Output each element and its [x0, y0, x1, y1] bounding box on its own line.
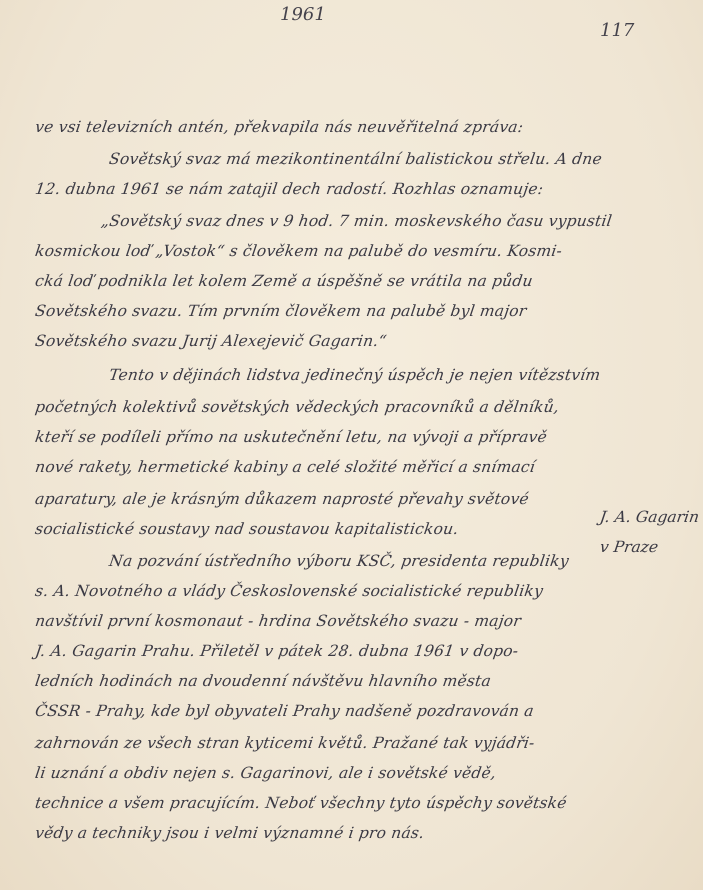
margin-note-subtitle: v Praze — [599, 538, 660, 556]
text-line: cká loď podnikla let kolem Země a úspěšn… — [34, 272, 534, 290]
text-line: ve vsi televizních antén, překvapila nás… — [34, 118, 524, 136]
text-line: ledních hodinách na dvoudenní návštěvu h… — [34, 672, 492, 690]
text-line: kosmickou loď „Vostok“ s člověkem na pal… — [34, 242, 563, 260]
text-line: Sovětského svazu. Tím prvním člověkem na… — [34, 302, 528, 320]
text-line: aparatury, ale je krásným důkazem napros… — [34, 490, 530, 508]
text-line: vědy a techniky jsou i velmi významné i … — [34, 824, 426, 842]
handwritten-chronicle-page: 1961 117 ve vsi televizních antén, překv… — [0, 0, 703, 890]
text-line: zahrnován ze všech stran kyticemi květů.… — [34, 734, 536, 752]
text-line: „Sovětský svaz dnes v 9 hod. 7 min. mosk… — [100, 212, 613, 230]
page-year: 1961 — [280, 4, 326, 25]
text-line: nové rakety, hermetické kabiny a celé sl… — [34, 458, 536, 476]
page-number: 117 — [600, 20, 634, 41]
text-line: s. A. Novotného a vlády Československé s… — [34, 582, 544, 600]
text-line: kteří se podíleli přímo na uskutečnění l… — [34, 428, 548, 446]
text-line: navštívil první kosmonaut - hrdina Sovět… — [34, 612, 522, 630]
text-line: li uznání a obdiv nejen s. Gagarinovi, a… — [34, 764, 497, 782]
text-line: Sovětského svazu Jurij Alexejevič Gagari… — [34, 332, 388, 350]
text-line: socialistické soustavy nad soustavou kap… — [34, 520, 460, 538]
text-line: Sovětský svaz má mezikontinentální balis… — [108, 150, 603, 168]
text-line: J. A. Gagarin Prahu. Přiletěl v pátek 28… — [34, 642, 520, 660]
text-line: početných kolektivů sovětských vědeckých… — [34, 398, 560, 416]
text-line: 12. dubna 1961 se nám zatajil dech rados… — [34, 180, 545, 198]
text-line: technice a všem pracujícím. Neboť všechn… — [34, 794, 568, 812]
margin-note-title: J. A. Gagarin — [599, 508, 701, 526]
text-line: Tento v dějinách lidstva jedinečný úspěc… — [108, 366, 602, 384]
text-line: ČSSR - Prahy, kde byl obyvateli Prahy na… — [34, 702, 535, 720]
text-line: Na pozvání ústředního výboru KSČ, presid… — [108, 552, 570, 570]
